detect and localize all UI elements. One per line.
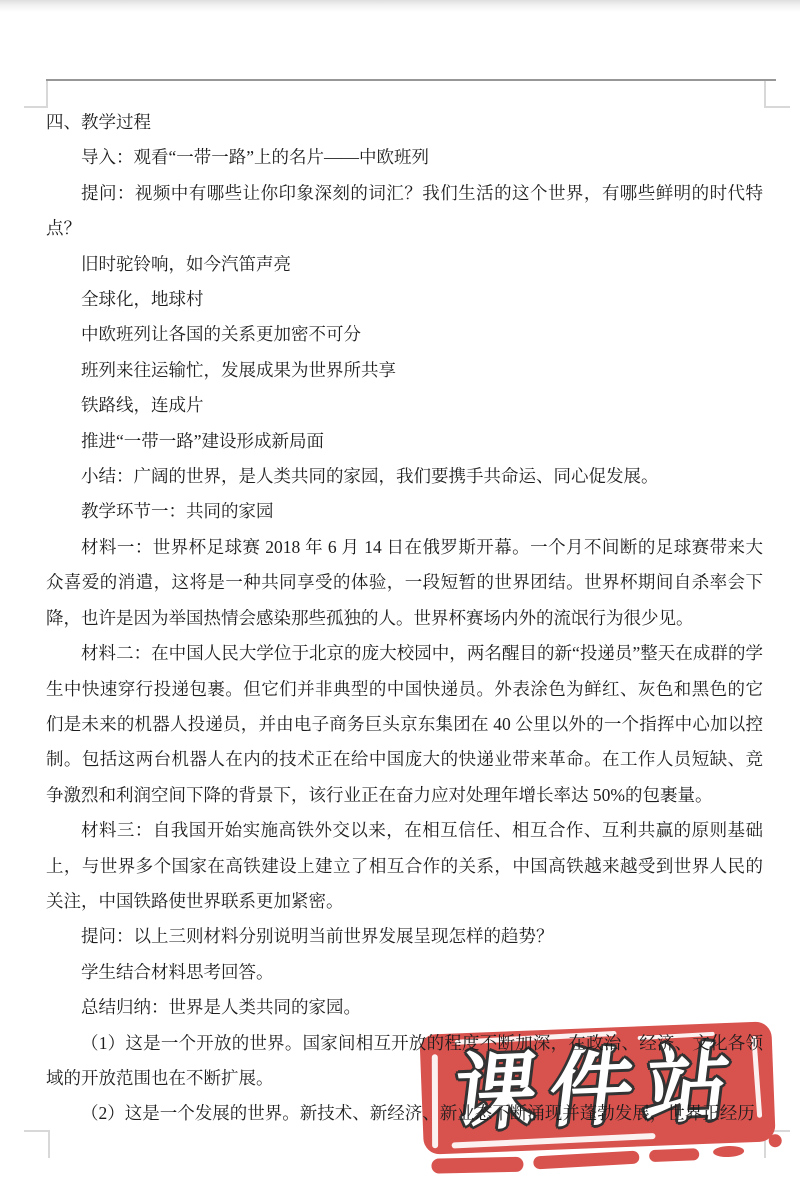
page-break-line (46, 79, 776, 81)
document-body: 四、教学过程 导入：观看“一带一路”上的名片——中欧班列提问：视频中有哪些让你印… (46, 105, 763, 1132)
doc-paragraph: 总结归纳：世界是人类共同的家园。 (46, 990, 763, 1025)
doc-paragraph: 材料一：世界杯足球赛 2018 年 6 月 14 日在俄罗斯开幕。一个月不间断的… (46, 530, 763, 636)
stamp-distress-blob (713, 1145, 745, 1157)
doc-paragraph: 中欧班列让各国的关系更加密不可分 (46, 317, 763, 352)
stamp-distress-blob (533, 1151, 639, 1170)
crop-mark-top-right (764, 106, 790, 108)
crop-mark-top-right (764, 81, 766, 107)
doc-paragraph: 材料二：在中国人民大学位于北京的庞大校园中，两名醒目的新“投递员”整天在成群的学… (46, 636, 763, 813)
doc-paragraph: 材料三：自我国开始实施高铁外交以来，在相互信任、相互合作、互利共赢的原则基础上，… (46, 813, 763, 919)
crop-mark-top-left (24, 106, 48, 108)
crop-mark-top-left (46, 81, 48, 107)
stamp-distress-blob (768, 1134, 781, 1147)
doc-paragraph: 学生结合材料思考回答。 (46, 955, 763, 990)
doc-paragraph: 班列来往运输忙，发展成果为世界所共享 (46, 353, 763, 388)
doc-paragraph: （2）这是一个发展的世界。新技术、新经济、新业态不断涌现并蓬勃发展，世界正经历 (46, 1096, 763, 1131)
doc-paragraph: 教学环节一：共同的家园 (46, 494, 763, 529)
doc-paragraph: 提问：视频中有哪些让你印象深刻的词汇？我们生活的这个世界，有哪些鲜明的时代特点？ (46, 176, 763, 247)
doc-paragraph: 小结：广阔的世界，是人类共同的家园，我们要携手共命运、同心促发展。 (46, 459, 763, 494)
document-page: 课件站 四、教学过程 导入：观看“一带一路”上的名片——中欧班列提问：视频中有哪… (0, 0, 800, 1200)
doc-paragraph: 全球化，地球村 (46, 282, 763, 317)
doc-paragraph: （1）这是一个开放的世界。国家间相互开放的程度不断加深，在政治、经济、文化各领域… (46, 1026, 763, 1097)
stamp-distress-blob (431, 1157, 523, 1174)
section-heading: 四、教学过程 (46, 105, 763, 140)
crop-mark-bottom-left (48, 1130, 50, 1158)
previous-page-edge-shadow (0, 0, 800, 12)
doc-paragraph: 铁路线，连成片 (46, 388, 763, 423)
doc-paragraph: 导入：观看“一带一路”上的名片——中欧班列 (46, 140, 763, 175)
doc-paragraph: 推进“一带一路”建设形成新局面 (46, 424, 763, 459)
stamp-distress-blob (649, 1148, 699, 1162)
doc-paragraph: 旧时驼铃响，如今汽笛声亮 (46, 247, 763, 282)
doc-paragraph: 提问：以上三则材料分别说明当前世界发展呈现怎样的趋势？ (46, 919, 763, 954)
